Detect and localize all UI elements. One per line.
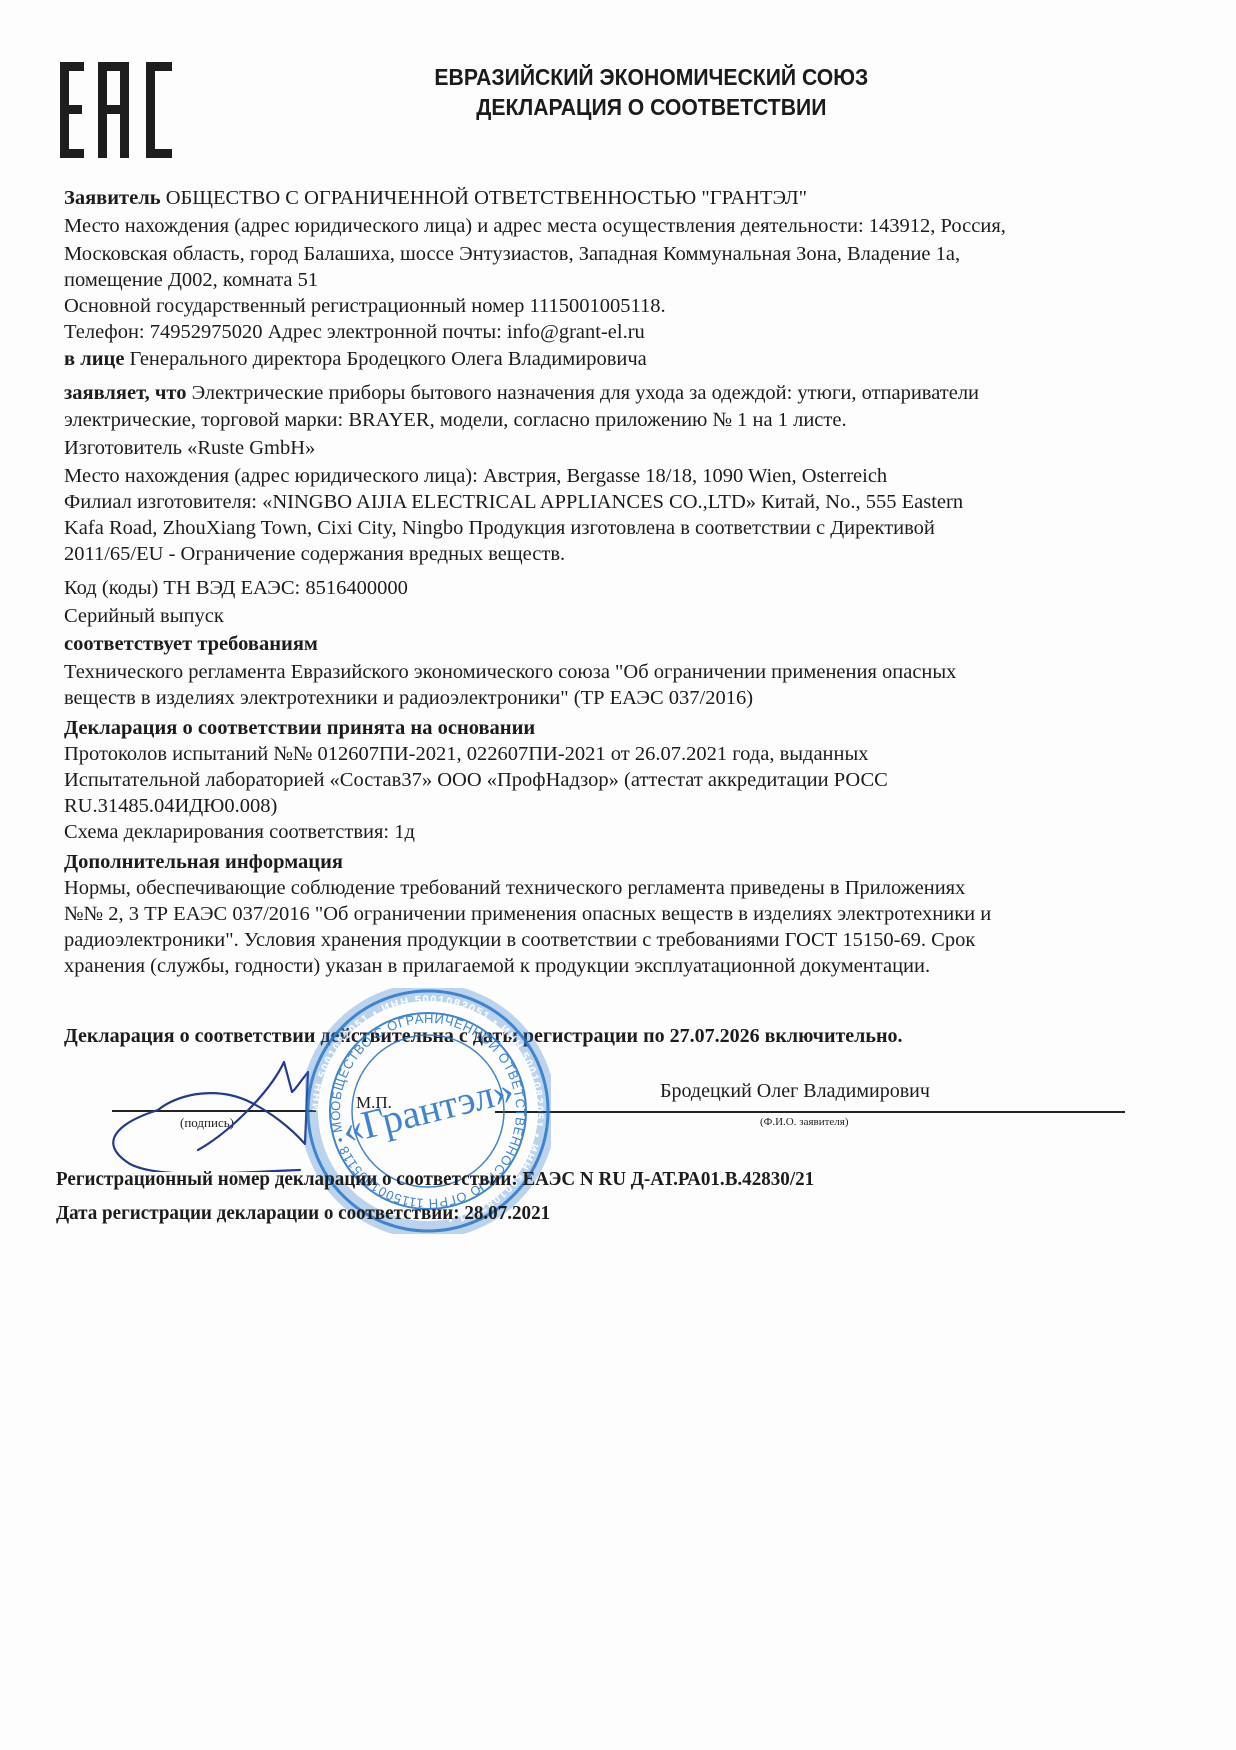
branch-line: Kafa Road, ZhouXiang Town, Cixi City, Ni… [64, 517, 935, 540]
applicant-ogrn: Основной государственный регистрационный… [64, 295, 666, 318]
branch-line: Филиал изготовителя: «NINGBO AIJIA ELECT… [64, 491, 963, 514]
additional-line: хранения (службы, годности) указан в при… [64, 955, 930, 978]
signer-name: Бродецкий Олег Владимирович [660, 1080, 930, 1103]
signer-name-line [495, 1111, 1125, 1113]
hs-code: Код (коды) ТН ВЭД ЕАЭС: 8516400000 [64, 577, 408, 600]
declaration-scheme: Схема декларирования соответствия: 1д [64, 821, 415, 844]
applicant-address-line: Место нахождения (адрес юридического лиц… [64, 215, 1006, 238]
applicant-representative: в лице Генерального директора Бродецкого… [64, 348, 647, 371]
compliance-line: Технического регламента Евразийского эко… [64, 661, 956, 684]
additional-line: Нормы, обеспечивающие соблюдение требова… [64, 877, 965, 900]
manufacturer-address: Место нахождения (адрес юридического лиц… [64, 465, 887, 488]
company-stamp-icon: ИНН 5001082051 • ИНН 5001082051 • ИНН 50… [305, 988, 551, 1234]
additional-heading: Дополнительная информация [64, 851, 343, 874]
branch-line: 2011/65/EU - Ограничение содержания вред… [64, 543, 565, 566]
compliance-heading: соответствует требованиям [64, 633, 318, 656]
applicant-name: ОБЩЕСТВО С ОГРАНИЧЕННОЙ ОТВЕТСТВЕННОСТЬЮ… [161, 187, 807, 209]
handwritten-signature-icon [100, 1052, 340, 1172]
basis-heading: Декларация о соответствии принята на осн… [64, 717, 535, 740]
applicant-address-line: Московская область, город Балашиха, шосс… [64, 243, 960, 266]
declares-label: заявляет, что [64, 382, 186, 404]
union-title: ЕВРАЗИЙСКИЙ ЭКОНОМИЧЕСКИЙ СОЮЗ [83, 64, 1220, 91]
basis-line: RU.31485.04ИДЮ0.008) [64, 795, 277, 818]
additional-line: радиоэлектроники". Условия хранения прод… [64, 929, 975, 952]
stamp-center-text: «Грантэл» [337, 1067, 517, 1153]
signer-caption: (Ф.И.О. заявителя) [760, 1116, 849, 1128]
applicant-contacts: Телефон: 74952975020 Адрес электронной п… [64, 321, 645, 344]
compliance-line: веществ в изделиях электротехники и ради… [64, 687, 753, 710]
additional-line: №№ 2, 3 ТР ЕАЭС 037/2016 "Об ограничении… [64, 903, 991, 926]
manufacturer: Изготовитель «Ruste GmbH» [64, 437, 315, 460]
basis-line: Испытательной лабораторией «Состав37» ОО… [64, 769, 888, 792]
product-description: Электрические приборы бытового назначени… [186, 382, 979, 404]
applicant-label: Заявитель [64, 187, 161, 209]
registration-date: Дата регистрации декларации о соответств… [56, 1202, 550, 1225]
production-type: Серийный выпуск [64, 605, 224, 628]
registration-number: Регистрационный номер декларации о соотв… [56, 1168, 814, 1191]
applicant-line: Заявитель ОБЩЕСТВО С ОГРАНИЧЕННОЙ ОТВЕТС… [64, 187, 807, 210]
declaration-page: ЕВРАЗИЙСКИЙ ЭКОНОМИЧЕСКИЙ СОЮЗ ДЕКЛАРАЦИ… [0, 0, 1236, 1750]
document-title: ДЕКЛАРАЦИЯ О СООТВЕТСТВИИ [83, 94, 1220, 121]
represented-by: Генерального директора Бродецкого Олега … [124, 348, 646, 370]
basis-line: Протоколов испытаний №№ 012607ПИ-2021, 0… [64, 743, 869, 766]
applicant-address-line: помещение Д002, комната 51 [64, 269, 318, 292]
product-line: электрические, торговой марки: BRAYER, м… [64, 409, 847, 432]
represented-label: в лице [64, 348, 124, 370]
product-line: заявляет, что Электрические приборы быто… [64, 382, 979, 405]
